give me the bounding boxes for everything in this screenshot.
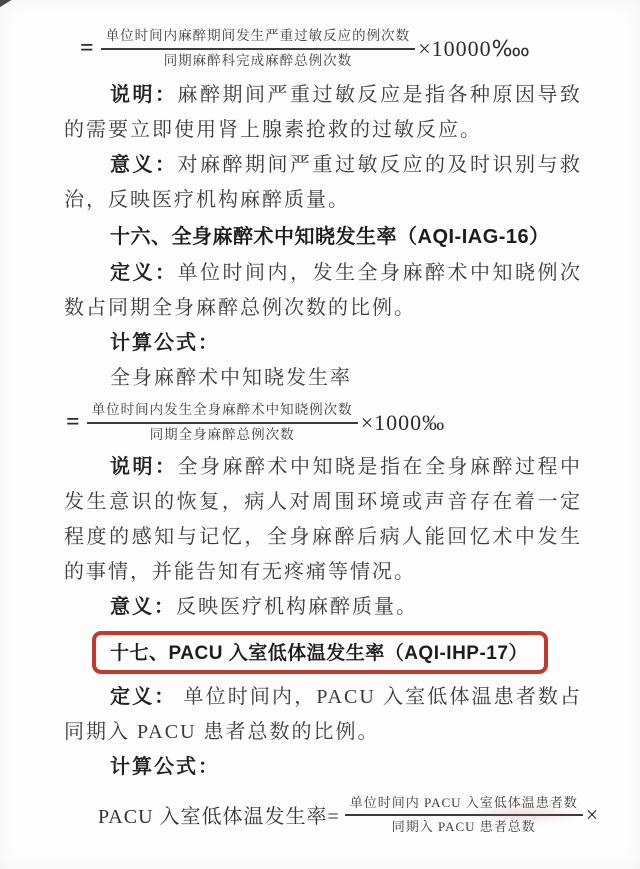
document-page: = 单位时间内麻醉期间发生严重过敏反应的例次数 同期麻醉科完成麻醉总例次数 ×1… — [0, 0, 640, 869]
section17-definition: 定义： 单位时间内，PACU 入室低体温患者数占同期入 PACU 患者总数的比例… — [64, 680, 582, 750]
multiplier: ×1000‰ — [361, 410, 445, 436]
paragraph-allergy-meaning: 意义：对麻醉期间严重过敏反应的及时识别与救治，反映医疗机构麻醉质量。 — [64, 148, 582, 218]
meaning-label: 意义： — [110, 596, 176, 618]
section16-meaning: 意义：反映医疗机构麻醉质量。 — [64, 590, 582, 625]
fraction: 单位时间内麻醉期间发生严重过敏反应的例次数 同期麻醉科完成麻醉总例次数 — [101, 26, 416, 72]
section16-note: 说明：全身麻醉术中知晓是指在全身麻醉过程中发生意识的恢复，病人对周围环境或声音存… — [64, 450, 582, 590]
section16-definition: 定义：单位时间内，发生全身麻醉术中知晓例次数占同期全身麻醉总例次数的比例。 — [64, 256, 582, 326]
note-label: 说明： — [110, 84, 178, 106]
formula-severe-allergy-rate: = 单位时间内麻醉期间发生严重过敏反应的例次数 同期麻醉科完成麻醉总例次数 ×1… — [80, 26, 582, 72]
section17-calc-label: 计算公式： — [64, 750, 582, 785]
section16-formula-title: 全身麻醉术中知晓发生率 — [64, 361, 582, 396]
red-highlight-box: 十七、PACU 入室低体温发生率（AQI-IHP-17） — [92, 631, 548, 674]
section16-calc-label: 计算公式： — [64, 326, 582, 361]
section17-heading: 十七、PACU 入室低体温发生率（AQI-IHP-17） — [110, 643, 528, 664]
fraction-denominator: 同期全身麻醉总例次数 — [150, 424, 295, 446]
meaning-label: 意义： — [110, 154, 178, 176]
definition-label: 定义： — [110, 262, 178, 284]
note-label: 说明： — [110, 456, 178, 478]
paragraph-allergy-note: 说明：麻醉期间严重过敏反应是指各种原因导致的需要立即使用肾上腺素抢救的过敏反应。 — [64, 78, 582, 148]
fraction-denominator: 同期麻醉科完成麻醉总例次数 — [164, 50, 353, 72]
multiplier: ×10000‱ — [418, 36, 531, 62]
meaning-text: 反映医疗机构麻醉质量。 — [176, 596, 418, 618]
calc-formula-label: 计算公式： — [110, 756, 220, 778]
fraction-numerator: 单位时间内发生全身麻醉术中知晓例次数 — [87, 400, 358, 424]
fraction-numerator: 单位时间内麻醉期间发生严重过敏反应的例次数 — [101, 26, 416, 50]
ink-bleed-smudge — [462, 803, 582, 825]
equals-sign: = — [66, 409, 80, 436]
page-corner-fold-mark — [0, 0, 24, 10]
formula-intraop-awareness-rate: = 单位时间内发生全身麻醉术中知晓例次数 同期全身麻醉总例次数 ×1000‰ — [66, 400, 582, 446]
formula-lead-text: PACU 入室低体温发生率= — [98, 800, 340, 829]
fraction: 单位时间内发生全身麻醉术中知晓例次数 同期全身麻醉总例次数 — [87, 400, 358, 446]
calc-formula-label: 计算公式： — [110, 332, 220, 354]
multiplier: × — [586, 802, 599, 828]
equals-sign: = — [80, 35, 94, 62]
section16-heading: 十六、全身麻醉术中知晓发生率（AQI-IAG-16） — [110, 218, 582, 256]
definition-label: 定义： — [110, 686, 176, 708]
section17-heading-row: 十七、PACU 入室低体温发生率（AQI-IHP-17） — [92, 631, 582, 674]
